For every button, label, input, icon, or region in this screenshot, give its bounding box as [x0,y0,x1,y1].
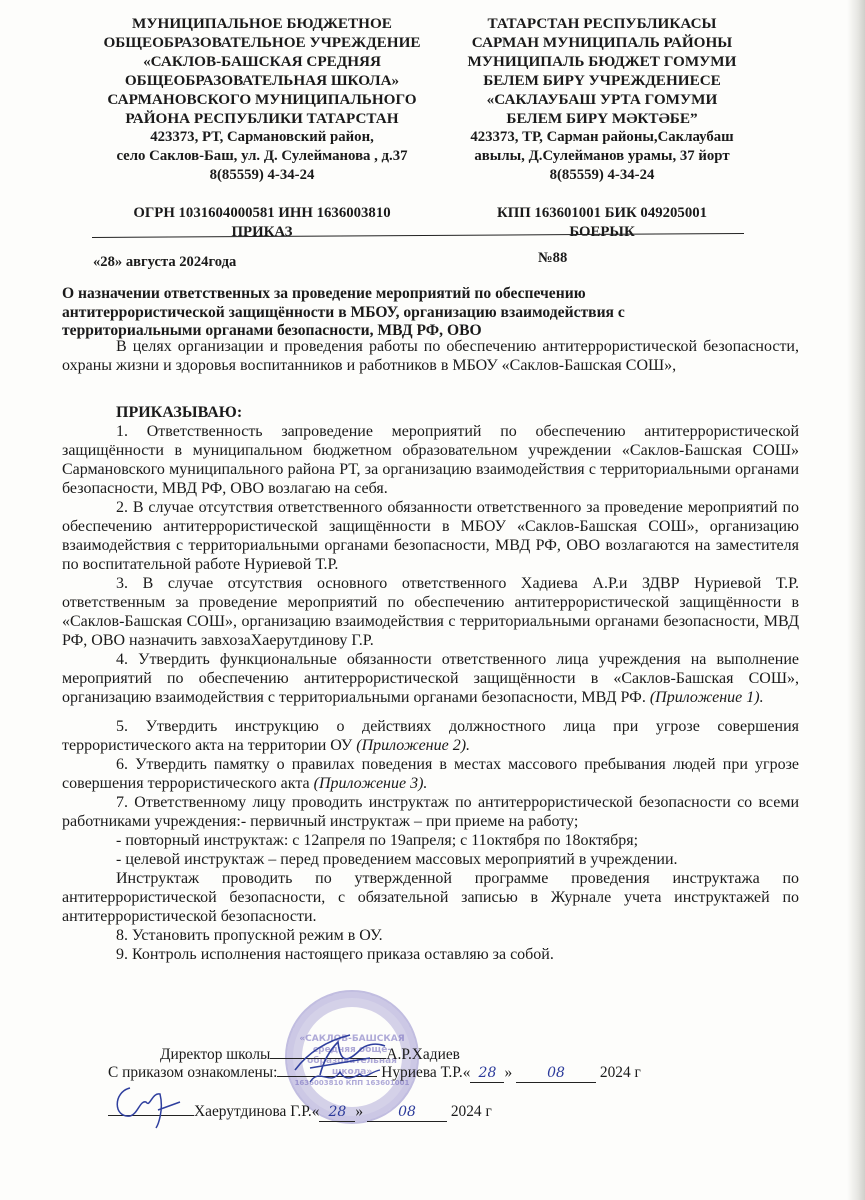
director-name: А.Р.Хадиев [386,1046,460,1063]
handwritten-month: 08 [547,1065,565,1081]
org-name-line: БЕЛЕМ БИРҮ УЧРЕЖДЕНИЕСЕ [452,71,752,90]
handwritten-month: 08 [398,1104,416,1120]
doc-type-label: ПРИКАЗ [82,223,442,242]
year-label: 2024 г [600,1064,641,1081]
address-line: село Саклов-Баш, ул. Д. Сулейманова , д.… [82,147,442,166]
org-name-line: ОБЩЕОБРАЗОВАТЕЛЬНАЯ ШКОЛА» [82,71,442,90]
director-label: Директор школы [160,1046,270,1063]
handwritten-day: 28 [329,1104,347,1120]
order-item-6: 6. Утвердить памятку о правилах поведени… [62,755,799,793]
org-name-line: САРМАНОВСКОГО МУНИЦИПАЛЬНОГО [82,90,442,109]
org-name-line: ОБЩЕОБРАЗОВАТЕЛЬНОЕ УЧРЕЖДЕНИЕ [82,33,442,52]
sub-item-repeat-briefing: - повторный инструктаж: с 12апреля по 19… [62,831,799,850]
order-item-9: 9. Контроль исполнения настоящего приказ… [62,945,799,964]
order-body: В целях организации и проведения работы … [62,337,799,964]
letterhead-tatar: ТАТАРСТАН РЕСПУБЛИКАСЫ САРМАН МУНИЦИПАЛЬ… [452,14,752,242]
address-line: 423373, ТР, Сарман районы,Саклаубаш [452,128,752,147]
handwritten-day: 28 [479,1065,497,1081]
order-item-3: 3. В случае отсутствия основного ответст… [62,574,799,650]
appendix-ref: (Приложение 1). [650,689,764,706]
org-name-line: БЕЛЕМ БИРҮ МӘКТӘБЕ” [452,109,752,128]
title-line: О назначении ответственных за проведение… [62,285,762,304]
phone-line: 8(85559) 4-34-24 [82,166,442,185]
org-name-line: «САКЛАУБАШ УРТА ГОМУМИ [452,90,752,109]
order-date: «28» августа 2024года [93,254,236,271]
address-line: 423373, РТ, Сармановский район, [82,128,442,147]
order-title: О назначении ответственных за проведение… [62,285,762,341]
title-line: антитеррористической защищённости в МБОУ… [62,304,762,323]
nurieva-signature-icon [305,1062,385,1092]
order-item-8: 8. Установить пропускной режим в ОУ. [62,926,799,945]
sub-item-target-briefing: - целевой инструктаж – перед проведением… [62,850,799,869]
letterhead-russian: МУНИЦИПАЛЬНОЕ БЮДЖЕТНОЕ ОБЩЕОБРАЗОВАТЕЛЬ… [82,14,442,242]
order-number: №88 [538,250,567,267]
org-name-line: МУНИЦИПАЛЬНОЕ БЮДЖЕТНОЕ [82,14,442,33]
document-page: МУНИЦИПАЛЬНОЕ БЮДЖЕТНОЕ ОБЩЕОБРАЗОВАТЕЛЬ… [0,0,865,1200]
registration-ids: КПП 163601001 БИК 049205001 [452,204,752,223]
order-item-2: 2. В случае отсутствия ответственного об… [62,498,799,574]
preamble: В целях организации и проведения работы … [62,337,799,375]
khaerutdinova-signature-icon [108,1080,188,1130]
order-keyword: ПРИКАЗЫВАЮ: [62,403,799,422]
instruction-note: Инструктаж проводить по утвержденной про… [62,869,799,926]
org-name-line: «САКЛОВ-БАШСКАЯ СРЕДНЯЯ [82,52,442,71]
person-name: Хаерутдинова Г.Р.« [194,1103,319,1120]
acquainted-label: С приказом ознакомлены: [108,1064,277,1081]
org-name-line: ТАТАРСТАН РЕСПУБЛИКАСЫ [452,14,752,33]
order-item-7: 7. Ответственному лицу проводить инструк… [62,793,799,831]
year-label: 2024 г [451,1103,492,1120]
address-line: авылы, Д.Сулейманов урамы, 37 йорт [452,147,752,166]
phone-line: 8(85559) 4-34-24 [452,166,752,185]
order-item-5: 5. Утвердить инструкцию о действиях долж… [62,717,799,755]
org-name-line: РАЙОНА РЕСПУБЛИКИ ТАТАРСТАН [82,109,442,128]
registration-ids: ОГРН 1031604000581 ИНН 1636003810 [82,204,442,223]
order-item-1: 1. Ответственность запроведение мероприя… [62,422,799,498]
person-name: Нуриева Т.Р.« [381,1064,470,1081]
appendix-ref: (Приложение 2). [356,737,470,754]
org-name-line: САРМАН МУНИЦИПАЛЬ РАЙОНЫ [452,33,752,52]
org-name-line: МУНИЦИПАЛЬ БЮДЖЕТ ГОМУМИ [452,52,752,71]
order-item-4: 4. Утвердить функциональные обязанности … [62,650,799,707]
scan-edge-shadow [847,0,865,1200]
appendix-ref: (Приложение 3). [314,775,428,792]
